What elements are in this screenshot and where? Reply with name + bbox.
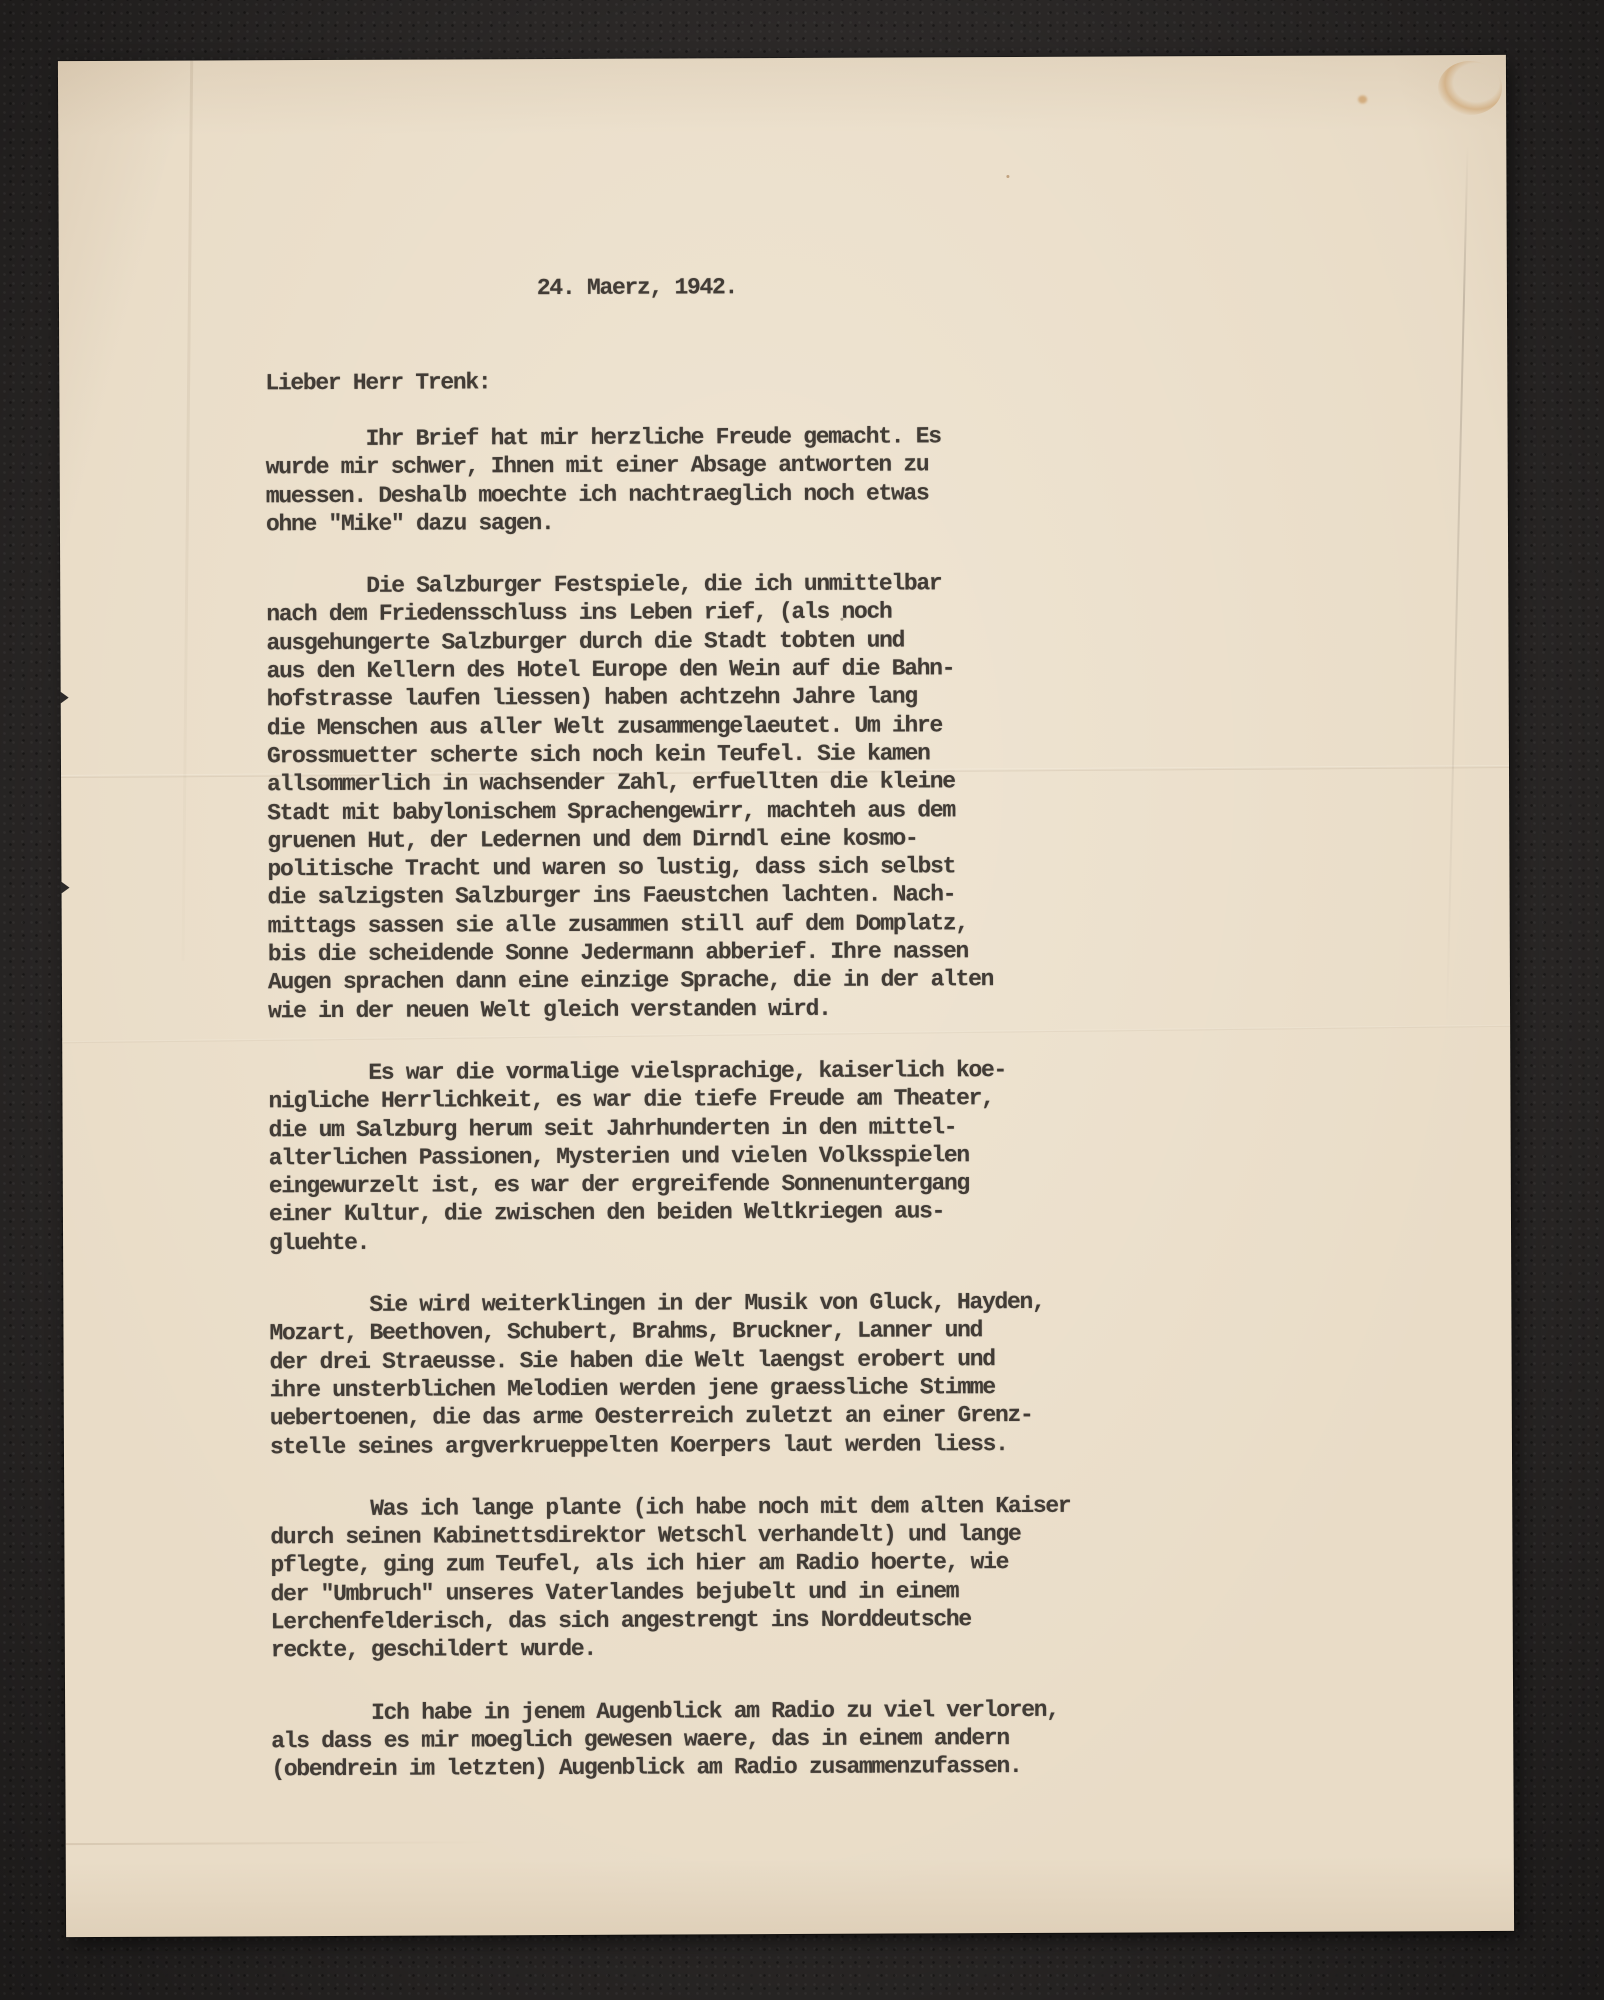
letter-salutation: Lieber Herr Trenk: (265, 368, 490, 397)
letter-paragraph-4: Sie wird weiterklingen in der Musik von … (269, 1288, 1090, 1461)
paper-edge-nick (60, 691, 69, 704)
letter-page: 24. Maerz, 1942. Lieber Herr Trenk: Ihr … (58, 55, 1514, 1937)
letter-paragraph-6: Ich habe in jenem Augenblick am Radio zu… (271, 1695, 1091, 1783)
paper-fold-crease-lower (66, 1841, 496, 1845)
paper-stain-dot (1358, 95, 1367, 103)
letter-paragraph-3: Es war die vormalige vielsprachige, kais… (268, 1056, 1089, 1258)
paper-speck (1006, 175, 1009, 178)
paper-scratch-mark (1446, 145, 1469, 1025)
letter-paragraph-1: Ihr Brief hat mir herzliche Freude gemac… (266, 422, 1086, 539)
letter-paragraph-2: Die Salzburger Festspiele, die ich unmit… (266, 569, 1088, 1025)
letter-paragraph-5: Was ich lange plante (ich habe noch mit … (270, 1491, 1091, 1664)
photo-backdrop: { "colors": { "backdrop": "#2c2928", "pa… (0, 0, 1604, 2000)
letter-body: Ihr Brief hat mir herzliche Freude gemac… (266, 422, 1092, 1818)
paper-stain-ring (1438, 61, 1502, 115)
paper-crease-vertical (182, 61, 194, 961)
letter-date: 24. Maerz, 1942. (537, 273, 737, 302)
paper-edge-nick (60, 881, 69, 894)
